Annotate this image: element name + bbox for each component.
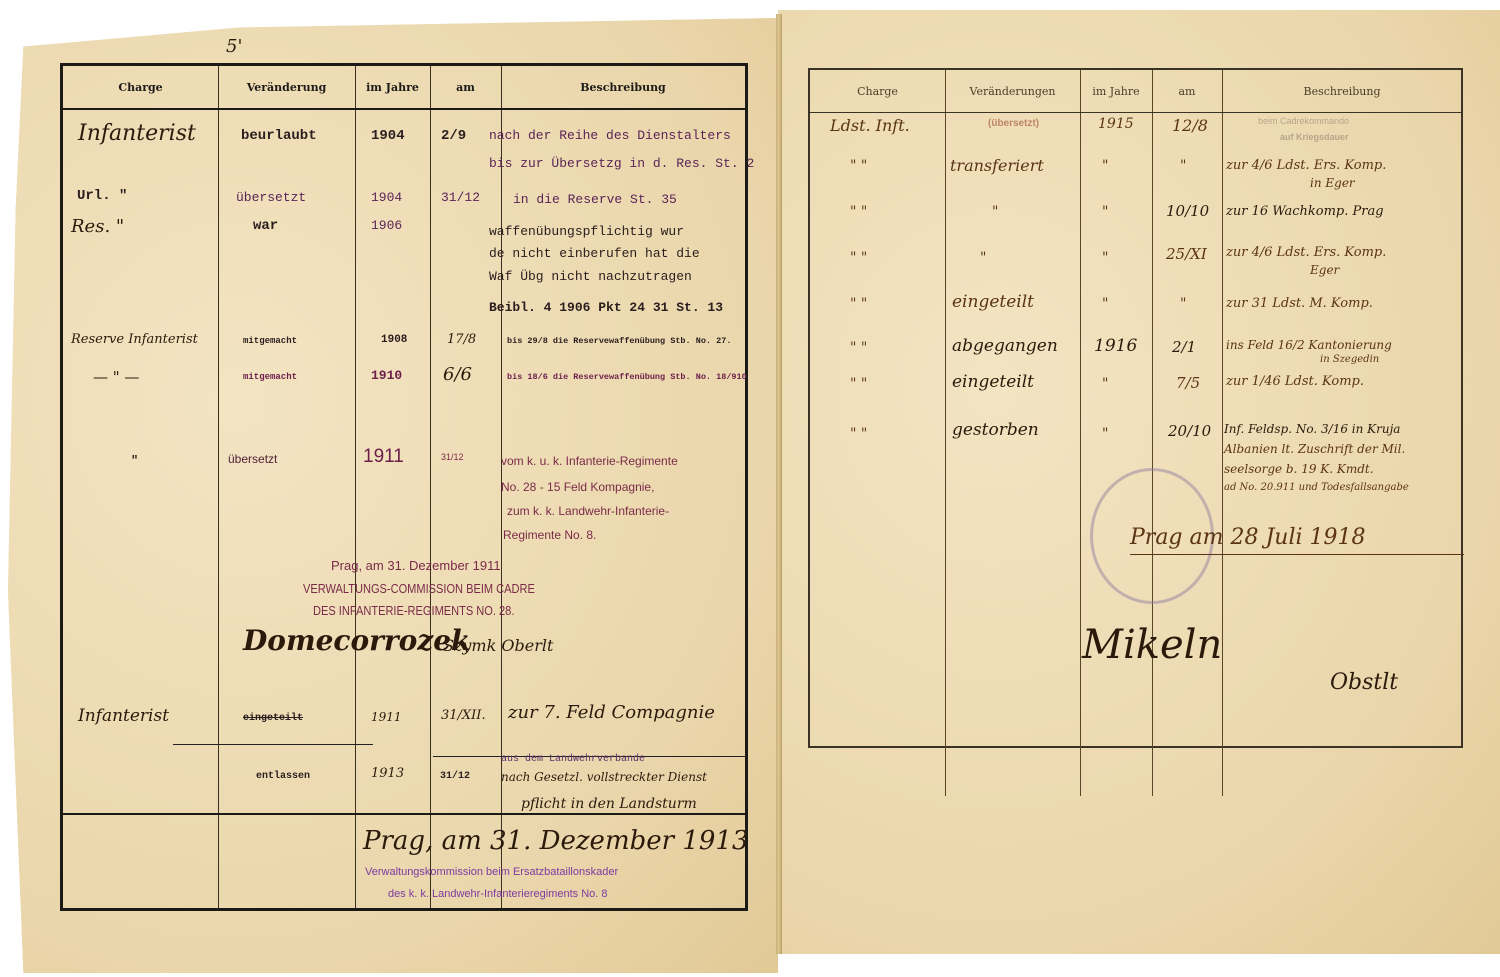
header-description: Beschreibung xyxy=(1222,70,1462,112)
row-year: " xyxy=(1102,250,1108,266)
header-year: im Jahre xyxy=(1080,70,1152,112)
row-charge: " " xyxy=(850,204,867,220)
row-desc: zur 4/6 Ldst. Ers. Komp. xyxy=(1226,158,1386,173)
signature-officer: Szymk Oberlt xyxy=(443,636,553,655)
header-year: im Jahre xyxy=(355,66,430,108)
divider xyxy=(173,744,373,745)
row-change: abgegangen xyxy=(952,336,1058,356)
row-date: 31/12 xyxy=(441,452,464,462)
page-mark: 5' xyxy=(226,36,242,57)
row-desc: Albanien lt. Zuschrift der Mil. xyxy=(1224,442,1405,456)
stamp-place-date-1911: Prag, am 31. Dezember 1911 xyxy=(331,558,501,573)
row-desc: seelsorge b. 19 K. Kmdt. xyxy=(1224,462,1374,476)
header-date: am xyxy=(1152,70,1222,112)
row-change: " xyxy=(980,250,986,266)
row-date: 6/6 xyxy=(443,364,472,385)
row-year: " xyxy=(1102,204,1108,220)
row-date: 20/10 xyxy=(1168,422,1211,440)
row-charge: Reserve Infanterist xyxy=(71,332,198,347)
row-date: 2/9 xyxy=(441,128,466,144)
row-desc: de nicht einberufen hat die xyxy=(489,246,700,261)
row-year: 1908 xyxy=(381,334,407,346)
row-charge: " xyxy=(131,454,138,468)
row-desc: ad No. 20.911 und Todesfallsangabe xyxy=(1224,482,1409,493)
row-desc: Beibl. 4 1906 Pkt 24 31 St. 13 xyxy=(489,300,723,315)
header-change: Veränderung xyxy=(218,66,355,108)
row-date: " xyxy=(1180,158,1186,174)
signature-officer: Mikeln xyxy=(1082,622,1222,668)
row-desc: Eger xyxy=(1310,263,1339,277)
row-change: mitgemacht xyxy=(243,372,297,382)
row-year: 1911 xyxy=(363,446,404,468)
row-charge: " " xyxy=(850,340,867,356)
row-change: eingeteilt xyxy=(952,372,1034,392)
row-change: eingeteilt xyxy=(243,713,303,724)
row-change: war xyxy=(253,218,278,234)
row-desc: zur 4/6 Ldst. Ers. Komp. xyxy=(1226,245,1386,260)
row-year: 1904 xyxy=(371,190,402,205)
signature-commander: Domecorrozek xyxy=(243,624,470,657)
row-year: 1904 xyxy=(371,128,405,144)
row-desc: Waf Übg nicht nachzutragen xyxy=(489,269,692,284)
signature-rank: Obstlt xyxy=(1330,670,1398,695)
row-desc: nach Gesetzl. vollstreckter Dienst xyxy=(501,770,707,784)
row-year: " xyxy=(1102,296,1108,312)
stamp-commission-line2: DES INFANTERIE-REGIMENTS NO. 28. xyxy=(313,603,514,618)
row-date: 7/5 xyxy=(1176,374,1200,392)
row-desc: pflicht in den Landsturm xyxy=(521,796,697,812)
header-date: am xyxy=(430,66,501,108)
row-desc: No. 28 - 15 Feld Kompagnie, xyxy=(501,480,654,494)
row-year: 1913 xyxy=(371,766,404,781)
row-date: 2/1 xyxy=(1172,338,1196,356)
row-charge: Url. " xyxy=(77,188,127,204)
header-description: Beschreibung xyxy=(501,66,745,108)
stamp-ersatz-line2: des k. k. Landwehr-Infanterieregiments N… xyxy=(388,888,608,900)
row-desc: zur 31 Ldst. M. Komp. xyxy=(1226,296,1373,311)
row-date: 31/12 xyxy=(441,190,480,205)
row-charge: " " xyxy=(850,158,867,174)
row-desc: waffenübungspflichtig wur xyxy=(489,224,684,239)
row-desc: in Szegedin xyxy=(1320,354,1379,365)
row-change: eingeteilt xyxy=(952,292,1034,312)
row-desc: in die Reserve St. 35 xyxy=(513,192,677,207)
row-change: " xyxy=(992,204,998,220)
row-desc: vom k. u. k. Infanterie-Regimente xyxy=(501,454,678,468)
row-year: " xyxy=(1102,426,1108,442)
row-desc: ins Feld 16/2 Kantonierung xyxy=(1226,338,1392,352)
row-year: " xyxy=(1102,376,1108,392)
row-charge: Infanterist xyxy=(78,706,169,726)
faded-stamp-line1: beim Cadrekommando xyxy=(1258,116,1349,126)
header-change: Veränderungen xyxy=(945,70,1080,112)
row-charge: " " xyxy=(850,376,867,392)
row-change: übersetzt xyxy=(236,190,306,205)
row-year: 1910 xyxy=(371,368,402,383)
row-date: 31/12 xyxy=(440,771,470,782)
row-desc: zur 16 Wachkomp. Prag xyxy=(1226,204,1384,219)
faded-stamp-line2: auf Kriegsdauer xyxy=(1280,132,1349,142)
row-desc: Regimente No. 8. xyxy=(503,528,596,542)
row-charge: " " xyxy=(850,426,867,442)
signature-underline xyxy=(1130,554,1464,555)
header-charge: Charge xyxy=(63,66,218,108)
row-year: 1911 xyxy=(371,710,402,724)
row-charge: — " — xyxy=(93,368,139,386)
stamp-commission-line1: VERWALTUNGS-COMMISSION BEIM CADRE xyxy=(303,581,535,596)
row-date: 10/10 xyxy=(1166,202,1209,220)
row-charge: Res. " xyxy=(71,216,124,237)
row-desc: aus dem Landwehrverbande xyxy=(501,754,645,765)
row-charge: " " xyxy=(850,296,867,312)
row-date: 17/8 xyxy=(447,332,476,347)
row-desc: bis 29/8 die Reservewaffenübung Stb. No.… xyxy=(507,336,731,346)
book-spine xyxy=(776,14,782,954)
row-change: mitgemacht xyxy=(243,336,297,346)
row-desc: zum k. k. Landwehr-Infanterie- xyxy=(507,504,669,518)
row-desc: nach der Reihe des Dienstalters xyxy=(489,128,731,143)
row-year: " xyxy=(1102,158,1108,174)
row-desc: bis zur Übersetzg in d. Res. St. 2 xyxy=(489,156,754,171)
row-year: 1915 xyxy=(1098,116,1134,132)
row-date: 25/XI xyxy=(1166,245,1207,263)
row-charge: Infanterist xyxy=(78,121,196,146)
closing-place-date-1913: Prag, am 31. Dezember 1913 xyxy=(363,826,749,856)
row-desc: Inf. Feldsp. No. 3/16 in Kruja xyxy=(1224,422,1400,436)
row-date: 31/XII. xyxy=(441,708,486,723)
row-date: " xyxy=(1180,296,1186,312)
closing-place-date-1918: Prag am 28 Juli 1918 xyxy=(1130,525,1366,550)
row-change: entlassen xyxy=(256,771,310,782)
row-charge: Ldst. Inft. xyxy=(830,116,910,135)
row-desc: in Eger xyxy=(1310,176,1355,190)
row-change: übersetzt xyxy=(228,452,277,466)
row-year: 1916 xyxy=(1094,336,1137,356)
row-change: gestorben xyxy=(952,420,1039,440)
row-change: beurlaubt xyxy=(241,128,317,144)
row-date: 12/8 xyxy=(1172,116,1208,135)
row-year: 1906 xyxy=(371,218,402,233)
row-desc: zur 7. Feld Compagnie xyxy=(508,702,715,723)
stamp-ersatz-line1: Verwaltungskommission beim Ersatzbataill… xyxy=(365,866,618,878)
row-change: (übersetzt) xyxy=(988,118,1039,129)
right-ledger-table: Charge Veränderungen im Jahre am Beschre… xyxy=(808,68,1463,748)
row-desc: zur 1/46 Ldst. Komp. xyxy=(1226,374,1364,389)
header-charge: Charge xyxy=(810,70,945,112)
left-ledger-table: Charge Veränderung im Jahre am Beschreib… xyxy=(60,63,748,911)
row-desc: bis 18/6 die Reservewaffenübung Stb. No.… xyxy=(507,372,747,382)
row-change: transferiert xyxy=(950,156,1044,175)
row-charge: " " xyxy=(850,250,867,266)
